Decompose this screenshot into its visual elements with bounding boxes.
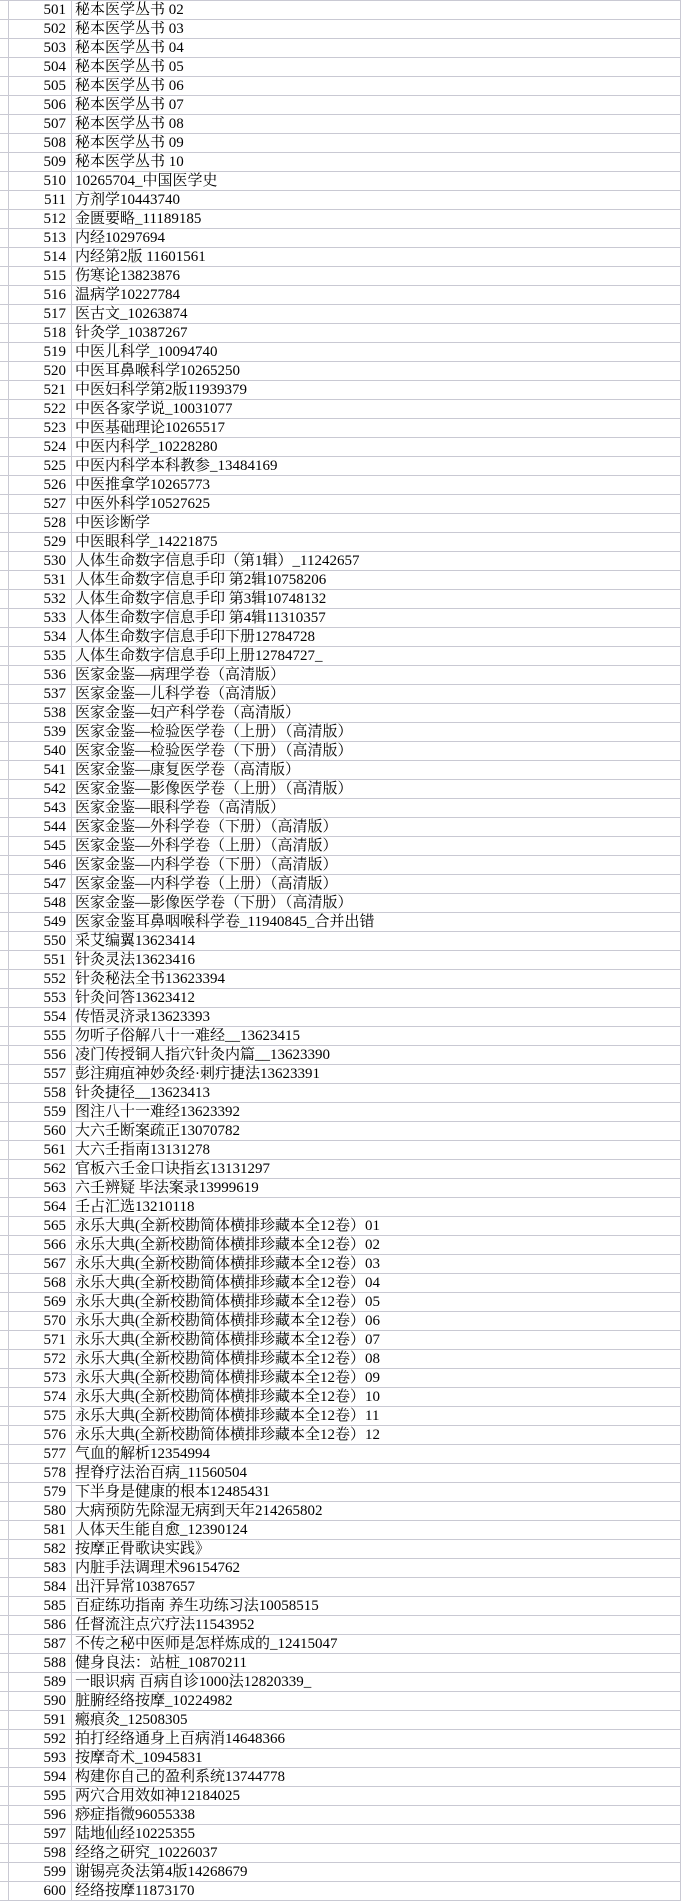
row-spacer-cell[interactable] [0,894,9,912]
row-number-cell[interactable]: 546 [9,856,72,874]
row-number-cell[interactable]: 563 [9,1179,72,1197]
row-number-cell[interactable]: 548 [9,894,72,912]
row-number-cell[interactable]: 509 [9,153,72,171]
row-spacer-cell[interactable] [0,1084,9,1102]
row-spacer-cell[interactable] [0,590,9,608]
row-number-cell[interactable]: 515 [9,267,72,285]
row-spacer-cell[interactable] [0,685,9,703]
row-title-cell[interactable]: 秘本医学丛书 09 [72,134,680,152]
row-number-cell[interactable]: 533 [9,609,72,627]
row-spacer-cell[interactable] [0,115,9,133]
row-spacer-cell[interactable] [0,1844,9,1862]
row-number-cell[interactable]: 588 [9,1654,72,1672]
row-spacer-cell[interactable] [0,58,9,76]
row-title-cell[interactable]: 医家金鉴—眼科学卷（高清版） [72,799,680,817]
row-number-cell[interactable]: 537 [9,685,72,703]
row-spacer-cell[interactable] [0,153,9,171]
row-spacer-cell[interactable] [0,1198,9,1216]
row-title-cell[interactable]: 中医外科学10527625 [72,495,680,513]
row-title-cell[interactable]: 金匮要略_11189185 [72,210,680,228]
row-number-cell[interactable]: 519 [9,343,72,361]
row-spacer-cell[interactable] [0,799,9,817]
row-spacer-cell[interactable] [0,666,9,684]
row-number-cell[interactable]: 565 [9,1217,72,1235]
row-title-cell[interactable]: 医家金鉴—影像医学卷（下册）（高清版） [72,894,680,912]
row-title-cell[interactable]: 痧症指微96055338 [72,1806,680,1824]
row-spacer-cell[interactable] [0,552,9,570]
row-spacer-cell[interactable] [0,1616,9,1634]
row-number-cell[interactable]: 558 [9,1084,72,1102]
row-number-cell[interactable]: 508 [9,134,72,152]
row-title-cell[interactable]: 医家金鉴—外科学卷（上册）（高清版） [72,837,680,855]
row-number-cell[interactable]: 521 [9,381,72,399]
row-number-cell[interactable]: 525 [9,457,72,475]
row-spacer-cell[interactable] [0,1502,9,1520]
row-number-cell[interactable]: 568 [9,1274,72,1292]
row-spacer-cell[interactable] [0,1749,9,1767]
row-title-cell[interactable]: 陆地仙经10225355 [72,1825,680,1843]
row-title-cell[interactable]: 内经第2版 11601561 [72,248,680,266]
row-number-cell[interactable]: 600 [9,1882,72,1900]
row-spacer-cell[interactable] [0,305,9,323]
row-title-cell[interactable]: 经络按摩11873170 [72,1882,680,1900]
row-title-cell[interactable]: 针灸学_10387267 [72,324,680,342]
row-spacer-cell[interactable] [0,1597,9,1615]
row-spacer-cell[interactable] [0,875,9,893]
row-number-cell[interactable]: 577 [9,1445,72,1463]
row-title-cell[interactable]: 伤寒论13823876 [72,267,680,285]
row-number-cell[interactable]: 527 [9,495,72,513]
row-spacer-cell[interactable] [0,856,9,874]
row-number-cell[interactable]: 536 [9,666,72,684]
row-number-cell[interactable]: 501 [9,1,72,19]
row-spacer-cell[interactable] [0,1122,9,1140]
row-number-cell[interactable]: 569 [9,1293,72,1311]
row-title-cell[interactable]: 医家金鉴—检验医学卷（下册）（高清版） [72,742,680,760]
row-title-cell[interactable]: 构建你自己的盈利系统13744778 [72,1768,680,1786]
row-title-cell[interactable]: 内脏手法调理术96154762 [72,1559,680,1577]
row-title-cell[interactable]: 秘本医学丛书 02 [72,1,680,19]
row-title-cell[interactable]: 针灸秘法全书13623394 [72,970,680,988]
row-spacer-cell[interactable] [0,39,9,57]
row-number-cell[interactable]: 524 [9,438,72,456]
row-title-cell[interactable]: 脏腑经络按摩_10224982 [72,1692,680,1710]
row-title-cell[interactable]: 人体生命数字信息手印 第3辑10748132 [72,590,680,608]
row-number-cell[interactable]: 576 [9,1426,72,1444]
row-number-cell[interactable]: 597 [9,1825,72,1843]
row-number-cell[interactable]: 547 [9,875,72,893]
row-title-cell[interactable]: 气血的解析12354994 [72,1445,680,1463]
row-title-cell[interactable]: 医古文_10263874 [72,305,680,323]
row-title-cell[interactable]: 中医妇科学第2版11939379 [72,381,680,399]
row-number-cell[interactable]: 561 [9,1141,72,1159]
row-title-cell[interactable]: 秘本医学丛书 04 [72,39,680,57]
row-title-cell[interactable]: 医家金鉴—内科学卷（下册）（高清版） [72,856,680,874]
row-number-cell[interactable]: 505 [9,77,72,95]
row-number-cell[interactable]: 594 [9,1768,72,1786]
row-spacer-cell[interactable] [0,533,9,551]
row-spacer-cell[interactable] [0,1217,9,1235]
row-title-cell[interactable]: 中医耳鼻喉科学10265250 [72,362,680,380]
row-spacer-cell[interactable] [0,932,9,950]
row-number-cell[interactable]: 559 [9,1103,72,1121]
row-spacer-cell[interactable] [0,1578,9,1596]
row-title-cell[interactable]: 凌门传授铜人指穴针灸内篇__13623390 [72,1046,680,1064]
row-number-cell[interactable]: 534 [9,628,72,646]
row-title-cell[interactable]: 秘本医学丛书 05 [72,58,680,76]
row-title-cell[interactable]: 针灸问答13623412 [72,989,680,1007]
row-number-cell[interactable]: 595 [9,1787,72,1805]
row-spacer-cell[interactable] [0,1654,9,1672]
row-number-cell[interactable]: 582 [9,1540,72,1558]
row-spacer-cell[interactable] [0,571,9,589]
row-spacer-cell[interactable] [0,1768,9,1786]
row-title-cell[interactable]: 秘本医学丛书 08 [72,115,680,133]
row-number-cell[interactable]: 583 [9,1559,72,1577]
row-spacer-cell[interactable] [0,1730,9,1748]
row-spacer-cell[interactable] [0,1825,9,1843]
row-spacer-cell[interactable] [0,400,9,418]
row-title-cell[interactable]: 永乐大典(全新校勘简体横排珍藏本全12卷）12 [72,1426,680,1444]
row-spacer-cell[interactable] [0,1369,9,1387]
row-number-cell[interactable]: 554 [9,1008,72,1026]
row-title-cell[interactable]: 医家金鉴耳鼻咽喉科学卷_11940845_合并出错 [72,913,680,931]
row-title-cell[interactable]: 按摩正骨歌诀实践》 [72,1540,680,1558]
row-number-cell[interactable]: 551 [9,951,72,969]
row-spacer-cell[interactable] [0,77,9,95]
row-spacer-cell[interactable] [0,1540,9,1558]
row-title-cell[interactable]: 医家金鉴—妇产科学卷（高清版） [72,704,680,722]
row-title-cell[interactable]: 任督流注点穴疗法11543952 [72,1616,680,1634]
row-number-cell[interactable]: 544 [9,818,72,836]
row-number-cell[interactable]: 560 [9,1122,72,1140]
row-title-cell[interactable]: 秘本医学丛书 06 [72,77,680,95]
row-number-cell[interactable]: 511 [9,191,72,209]
row-title-cell[interactable]: 瘢痕灸_12508305 [72,1711,680,1729]
row-spacer-cell[interactable] [0,1293,9,1311]
row-number-cell[interactable]: 555 [9,1027,72,1045]
row-title-cell[interactable]: 永乐大典(全新校勘简体横排珍藏本全12卷）10 [72,1388,680,1406]
row-title-cell[interactable]: 经络之研究_10226037 [72,1844,680,1862]
row-spacer-cell[interactable] [0,989,9,1007]
row-title-cell[interactable]: 谢锡亮灸法第4版14268679 [72,1863,680,1881]
row-number-cell[interactable]: 580 [9,1502,72,1520]
row-number-cell[interactable]: 599 [9,1863,72,1881]
row-number-cell[interactable]: 570 [9,1312,72,1330]
row-spacer-cell[interactable] [0,1008,9,1026]
row-title-cell[interactable]: 秘本医学丛书 03 [72,20,680,38]
row-title-cell[interactable]: 按摩奇术_10945831 [72,1749,680,1767]
row-spacer-cell[interactable] [0,951,9,969]
row-spacer-cell[interactable] [0,647,9,665]
row-title-cell[interactable]: 中医眼科学_14221875 [72,533,680,551]
row-title-cell[interactable]: 健身良法：站桩_10870211 [72,1654,680,1672]
row-title-cell[interactable]: 彭注痈疽神妙灸经·刺疔捷法13623391 [72,1065,680,1083]
row-spacer-cell[interactable] [0,1027,9,1045]
row-number-cell[interactable]: 528 [9,514,72,532]
row-title-cell[interactable]: 一眼识病 百病自诊1000法12820339_ [72,1673,680,1691]
row-spacer-cell[interactable] [0,476,9,494]
row-spacer-cell[interactable] [0,1331,9,1349]
row-spacer-cell[interactable] [0,1445,9,1463]
row-title-cell[interactable]: 医家金鉴—外科学卷（下册）（高清版） [72,818,680,836]
row-spacer-cell[interactable] [0,1711,9,1729]
row-number-cell[interactable]: 596 [9,1806,72,1824]
row-spacer-cell[interactable] [0,837,9,855]
row-title-cell[interactable]: 中医内科学本科教参_13484169 [72,457,680,475]
row-title-cell[interactable]: 永乐大典(全新校勘简体横排珍藏本全12卷）09 [72,1369,680,1387]
row-number-cell[interactable]: 535 [9,647,72,665]
row-spacer-cell[interactable] [0,191,9,209]
row-spacer-cell[interactable] [0,723,9,741]
row-title-cell[interactable]: 六壬辨疑 毕法案录13999619 [72,1179,680,1197]
row-number-cell[interactable]: 566 [9,1236,72,1254]
row-number-cell[interactable]: 552 [9,970,72,988]
row-number-cell[interactable]: 585 [9,1597,72,1615]
row-spacer-cell[interactable] [0,1179,9,1197]
row-title-cell[interactable]: 医家金鉴—影像医学卷（上册）（高清版） [72,780,680,798]
row-title-cell[interactable]: 永乐大典(全新校勘简体横排珍藏本全12卷）08 [72,1350,680,1368]
row-title-cell[interactable]: 中医诊断学 [72,514,680,532]
row-title-cell[interactable]: 人体生命数字信息手印（第1辑）_11242657 [72,552,680,570]
row-number-cell[interactable]: 526 [9,476,72,494]
row-spacer-cell[interactable] [0,1483,9,1501]
row-spacer-cell[interactable] [0,419,9,437]
row-spacer-cell[interactable] [0,267,9,285]
row-title-cell[interactable]: 永乐大典(全新校勘简体横排珍藏本全12卷）02 [72,1236,680,1254]
row-title-cell[interactable]: 中医推拿学10265773 [72,476,680,494]
row-title-cell[interactable]: 拍打经络通身上百病消14648366 [72,1730,680,1748]
row-number-cell[interactable]: 562 [9,1160,72,1178]
row-number-cell[interactable]: 573 [9,1369,72,1387]
row-number-cell[interactable]: 530 [9,552,72,570]
row-title-cell[interactable]: 大六壬断案疏正13070782 [72,1122,680,1140]
row-title-cell[interactable]: 人体生命数字信息手印上册12784727_ [72,647,680,665]
row-spacer-cell[interactable] [0,628,9,646]
row-spacer-cell[interactable] [0,134,9,152]
row-title-cell[interactable]: 百症练功指南 养生功练习法10058515 [72,1597,680,1615]
row-title-cell[interactable]: 人体生命数字信息手印 第4辑11310357 [72,609,680,627]
row-title-cell[interactable]: 捏脊疗法治百病_11560504 [72,1464,680,1482]
row-title-cell[interactable]: 永乐大典(全新校勘简体横排珍藏本全12卷）11 [72,1407,680,1425]
row-title-cell[interactable]: 医家金鉴—康复医学卷（高清版） [72,761,680,779]
row-number-cell[interactable]: 541 [9,761,72,779]
row-spacer-cell[interactable] [0,1787,9,1805]
row-number-cell[interactable]: 518 [9,324,72,342]
row-number-cell[interactable]: 581 [9,1521,72,1539]
row-number-cell[interactable]: 514 [9,248,72,266]
row-spacer-cell[interactable] [0,1388,9,1406]
row-number-cell[interactable]: 590 [9,1692,72,1710]
row-number-cell[interactable]: 586 [9,1616,72,1634]
row-number-cell[interactable]: 593 [9,1749,72,1767]
row-title-cell[interactable]: 永乐大典(全新校勘简体横排珍藏本全12卷）04 [72,1274,680,1292]
row-number-cell[interactable]: 579 [9,1483,72,1501]
row-title-cell[interactable]: 大六壬指南13131278 [72,1141,680,1159]
row-title-cell[interactable]: 下半身是健康的根本12485431 [72,1483,680,1501]
row-title-cell[interactable]: 秘本医学丛书 10 [72,153,680,171]
row-title-cell[interactable]: 永乐大典(全新校勘简体横排珍藏本全12卷）01 [72,1217,680,1235]
row-spacer-cell[interactable] [0,248,9,266]
row-number-cell[interactable]: 506 [9,96,72,114]
row-title-cell[interactable]: 官板六壬金口诀指玄13131297 [72,1160,680,1178]
row-spacer-cell[interactable] [0,286,9,304]
row-title-cell[interactable]: 方剂学10443740 [72,191,680,209]
row-title-cell[interactable]: 中医儿科学_10094740 [72,343,680,361]
row-number-cell[interactable]: 567 [9,1255,72,1273]
row-spacer-cell[interactable] [0,457,9,475]
row-number-cell[interactable]: 502 [9,20,72,38]
row-number-cell[interactable]: 520 [9,362,72,380]
row-number-cell[interactable]: 529 [9,533,72,551]
row-spacer-cell[interactable] [0,761,9,779]
row-number-cell[interactable]: 549 [9,913,72,931]
row-spacer-cell[interactable] [0,20,9,38]
row-title-cell[interactable]: 图注八十一难经13623392 [72,1103,680,1121]
row-spacer-cell[interactable] [0,1559,9,1577]
row-title-cell[interactable]: 中医内科学_10228280 [72,438,680,456]
row-spacer-cell[interactable] [0,1635,9,1653]
row-title-cell[interactable]: 永乐大典(全新校勘简体横排珍藏本全12卷）03 [72,1255,680,1273]
row-number-cell[interactable]: 584 [9,1578,72,1596]
row-spacer-cell[interactable] [0,438,9,456]
row-title-cell[interactable]: 勿听子俗解八十一难经__13623415 [72,1027,680,1045]
row-spacer-cell[interactable] [0,1692,9,1710]
row-spacer-cell[interactable] [0,1673,9,1691]
row-spacer-cell[interactable] [0,324,9,342]
row-title-cell[interactable]: 出汗异常10387657 [72,1578,680,1596]
row-number-cell[interactable]: 542 [9,780,72,798]
row-spacer-cell[interactable] [0,1236,9,1254]
row-number-cell[interactable]: 578 [9,1464,72,1482]
row-spacer-cell[interactable] [0,742,9,760]
row-number-cell[interactable]: 556 [9,1046,72,1064]
row-number-cell[interactable]: 539 [9,723,72,741]
row-number-cell[interactable]: 531 [9,571,72,589]
row-spacer-cell[interactable] [0,1160,9,1178]
row-number-cell[interactable]: 545 [9,837,72,855]
row-title-cell[interactable]: 10265704_中国医学史 [72,172,680,190]
row-spacer-cell[interactable] [0,780,9,798]
row-spacer-cell[interactable] [0,1046,9,1064]
row-number-cell[interactable]: 589 [9,1673,72,1691]
row-title-cell[interactable]: 人体生命数字信息手印下册12784728 [72,628,680,646]
row-spacer-cell[interactable] [0,229,9,247]
row-number-cell[interactable]: 513 [9,229,72,247]
row-title-cell[interactable]: 不传之秘中医师是怎样炼成的_12415047 [72,1635,680,1653]
row-spacer-cell[interactable] [0,1103,9,1121]
row-spacer-cell[interactable] [0,1,9,19]
row-number-cell[interactable]: 522 [9,400,72,418]
row-title-cell[interactable]: 壬占汇选13210118 [72,1198,680,1216]
row-number-cell[interactable]: 598 [9,1844,72,1862]
row-title-cell[interactable]: 中医基础理论10265517 [72,419,680,437]
row-title-cell[interactable]: 人体生命数字信息手印 第2辑10758206 [72,571,680,589]
row-spacer-cell[interactable] [0,343,9,361]
row-title-cell[interactable]: 医家金鉴—儿科学卷（高清版） [72,685,680,703]
row-title-cell[interactable]: 永乐大典(全新校勘简体横排珍藏本全12卷）05 [72,1293,680,1311]
row-title-cell[interactable]: 医家金鉴—内科学卷（上册）（高清版） [72,875,680,893]
row-spacer-cell[interactable] [0,609,9,627]
row-number-cell[interactable]: 517 [9,305,72,323]
row-title-cell[interactable]: 医家金鉴—检验医学卷（上册）（高清版） [72,723,680,741]
row-spacer-cell[interactable] [0,381,9,399]
row-title-cell[interactable]: 传悟灵济录13623393 [72,1008,680,1026]
row-number-cell[interactable]: 574 [9,1388,72,1406]
row-title-cell[interactable]: 温病学10227784 [72,286,680,304]
row-spacer-cell[interactable] [0,704,9,722]
row-number-cell[interactable]: 550 [9,932,72,950]
row-number-cell[interactable]: 592 [9,1730,72,1748]
row-spacer-cell[interactable] [0,362,9,380]
row-spacer-cell[interactable] [0,495,9,513]
row-number-cell[interactable]: 523 [9,419,72,437]
row-title-cell[interactable]: 人体天生能自愈_12390124 [72,1521,680,1539]
row-title-cell[interactable]: 针灸灵法13623416 [72,951,680,969]
row-number-cell[interactable]: 516 [9,286,72,304]
row-spacer-cell[interactable] [0,514,9,532]
row-number-cell[interactable]: 540 [9,742,72,760]
row-spacer-cell[interactable] [0,1350,9,1368]
row-title-cell[interactable]: 两穴合用效如神12184025 [72,1787,680,1805]
row-number-cell[interactable]: 504 [9,58,72,76]
row-title-cell[interactable]: 内经10297694 [72,229,680,247]
row-spacer-cell[interactable] [0,1312,9,1330]
row-spacer-cell[interactable] [0,1065,9,1083]
row-spacer-cell[interactable] [0,1274,9,1292]
row-number-cell[interactable]: 510 [9,172,72,190]
row-spacer-cell[interactable] [0,1426,9,1444]
row-spacer-cell[interactable] [0,913,9,931]
row-number-cell[interactable]: 572 [9,1350,72,1368]
row-number-cell[interactable]: 564 [9,1198,72,1216]
row-spacer-cell[interactable] [0,1407,9,1425]
row-number-cell[interactable]: 553 [9,989,72,1007]
row-spacer-cell[interactable] [0,1255,9,1273]
row-number-cell[interactable]: 543 [9,799,72,817]
row-title-cell[interactable]: 采艾编翼13623414 [72,932,680,950]
row-spacer-cell[interactable] [0,1863,9,1881]
row-number-cell[interactable]: 507 [9,115,72,133]
row-number-cell[interactable]: 532 [9,590,72,608]
row-spacer-cell[interactable] [0,818,9,836]
row-number-cell[interactable]: 512 [9,210,72,228]
row-title-cell[interactable]: 永乐大典(全新校勘简体横排珍藏本全12卷）06 [72,1312,680,1330]
row-number-cell[interactable]: 591 [9,1711,72,1729]
row-number-cell[interactable]: 571 [9,1331,72,1349]
row-title-cell[interactable]: 秘本医学丛书 07 [72,96,680,114]
row-spacer-cell[interactable] [0,172,9,190]
row-number-cell[interactable]: 587 [9,1635,72,1653]
row-number-cell[interactable]: 557 [9,1065,72,1083]
row-spacer-cell[interactable] [0,1464,9,1482]
row-title-cell[interactable]: 中医各家学说_10031077 [72,400,680,418]
row-spacer-cell[interactable] [0,210,9,228]
row-spacer-cell[interactable] [0,1882,9,1900]
row-number-cell[interactable]: 538 [9,704,72,722]
row-spacer-cell[interactable] [0,96,9,114]
row-title-cell[interactable]: 医家金鉴—病理学卷（高清版） [72,666,680,684]
row-number-cell[interactable]: 575 [9,1407,72,1425]
row-title-cell[interactable]: 永乐大典(全新校勘简体横排珍藏本全12卷）07 [72,1331,680,1349]
row-title-cell[interactable]: 针灸捷径__13623413 [72,1084,680,1102]
row-spacer-cell[interactable] [0,1806,9,1824]
row-spacer-cell[interactable] [0,970,9,988]
row-spacer-cell[interactable] [0,1141,9,1159]
row-title-cell[interactable]: 大病预防先除湿无病到天年214265802 [72,1502,680,1520]
row-spacer-cell[interactable] [0,1521,9,1539]
row-number-cell[interactable]: 503 [9,39,72,57]
